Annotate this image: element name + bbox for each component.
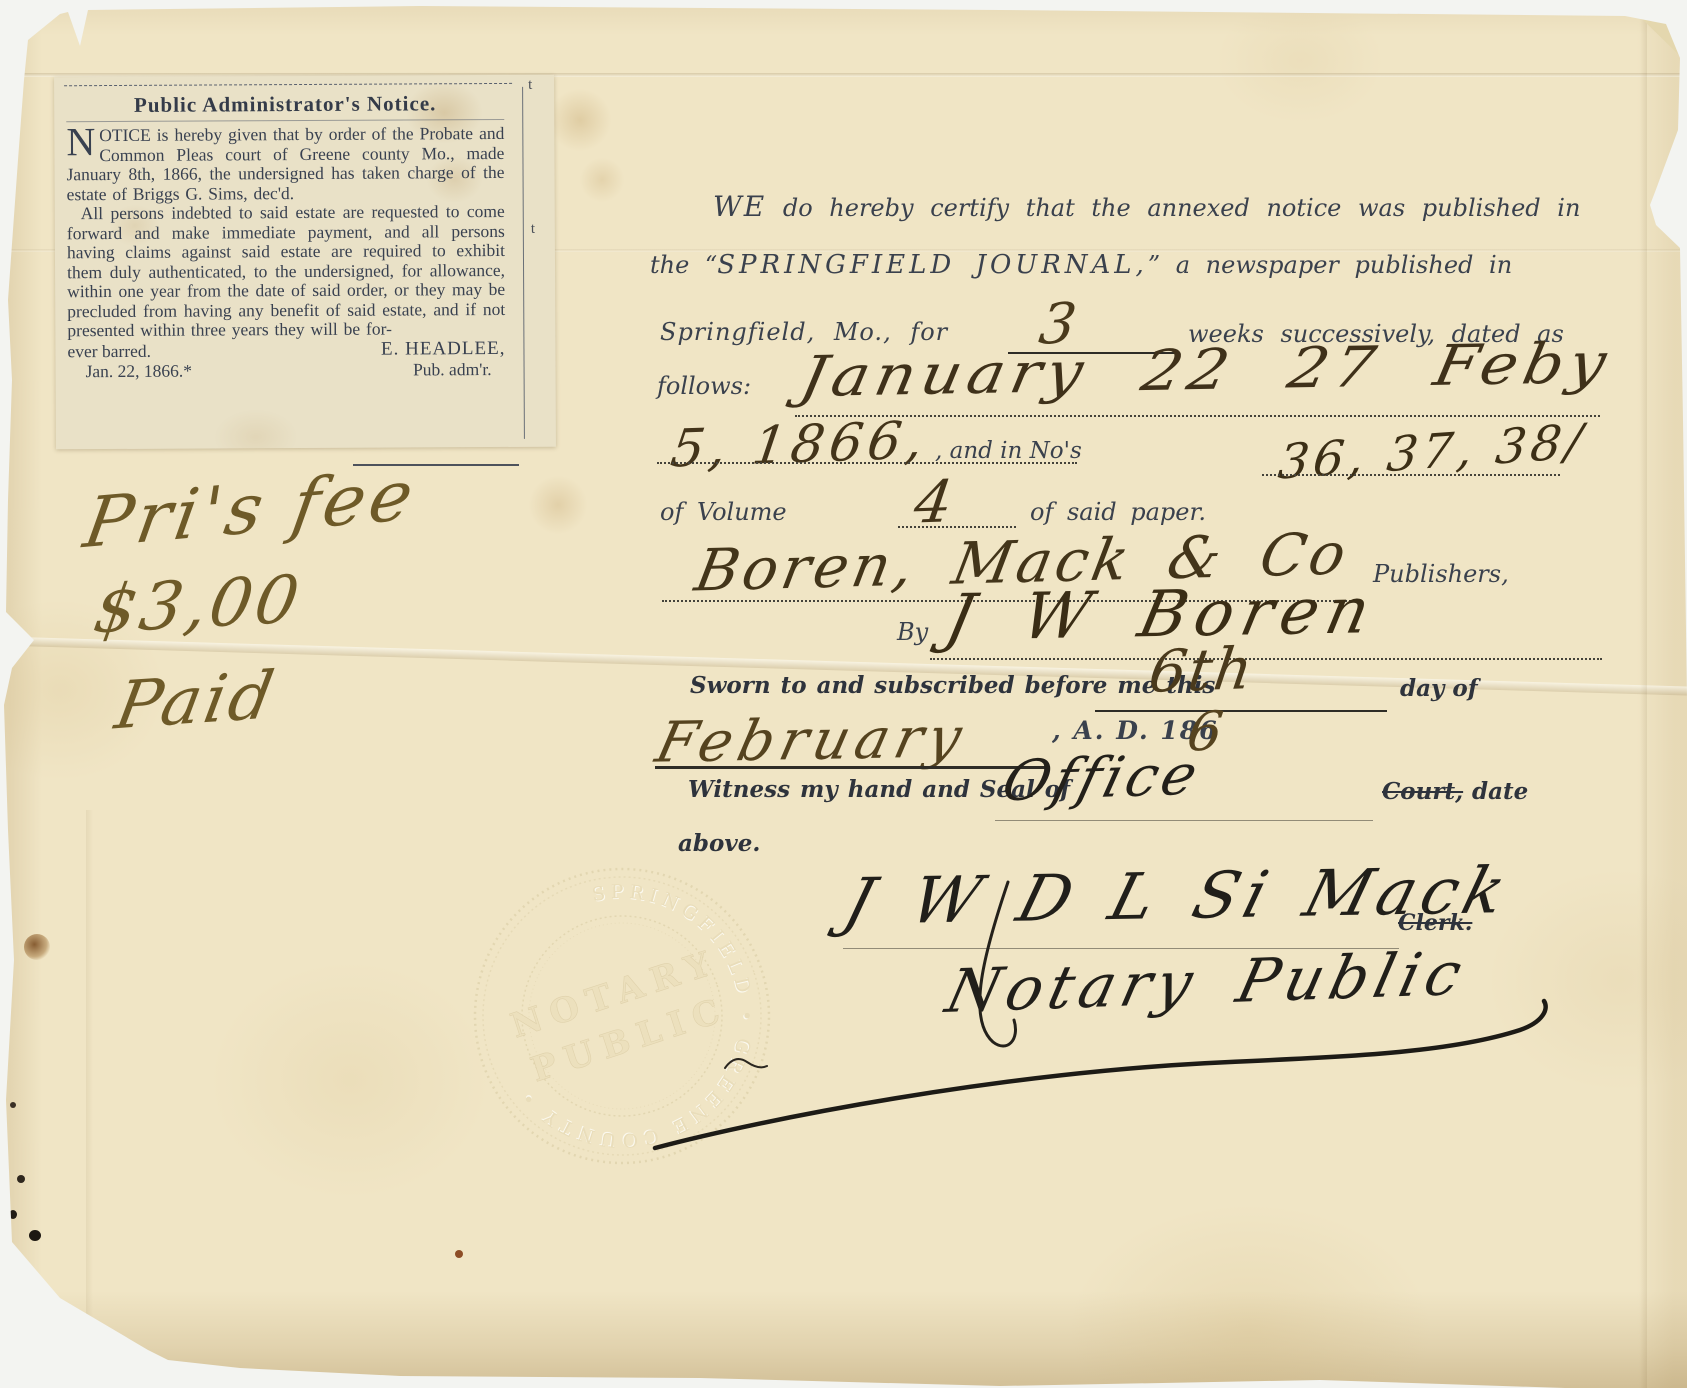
jurat-day-of-label: day of xyxy=(1400,675,1478,702)
clipping-headline: Public Administrator's Notice. xyxy=(66,91,504,118)
clipping-edge-fragment-2: t xyxy=(531,221,535,238)
jurat-above-label: above. xyxy=(678,830,760,857)
clipping-signoff-left: ever barred. xyxy=(67,340,151,360)
margin-note-fee-label: Pri's fee xyxy=(78,454,422,564)
certificate-volume-pre: of Volume xyxy=(660,498,787,526)
jurat-seal-of-blank-line xyxy=(995,762,1373,821)
clipping-date-row: Jan. 22, 1866.* Pub. adm'r. xyxy=(68,358,506,380)
clipping-paragraph-1: NOTICE is hereby given that by order of … xyxy=(66,124,504,204)
certificate-we: WE xyxy=(713,190,766,223)
clipping-paragraph-2: All persons indebted to said estate are … xyxy=(67,202,506,341)
jurat-month-blank-line xyxy=(655,706,1048,769)
certificate-issue-numbers-label: , and in No's xyxy=(935,438,1082,464)
clipping-dropcap: N xyxy=(66,126,99,158)
newspaper-clipping: Public Administrator's Notice. NOTICE is… xyxy=(54,75,556,450)
by-label: By xyxy=(897,618,928,646)
publishers-label: Publishers, xyxy=(1373,560,1509,588)
clipping-administrator-title: Pub. adm'r. xyxy=(413,358,506,378)
jurat-court-struck-label: Court, xyxy=(1382,778,1463,805)
clipping-text-column: Public Administrator's Notice. NOTICE is… xyxy=(66,79,506,381)
certificate-line-1-text: do hereby certify that the annexed notic… xyxy=(783,194,1581,222)
scanned-document: SPRINGFIELD • GREENE COUNTY • NOTARY PUB… xyxy=(0,0,1687,1388)
ink-spot-1 xyxy=(10,1102,16,1108)
certificate-line-1: WE do hereby certify that the annexed no… xyxy=(713,190,1580,223)
clipping-date: Jan. 22, 1866.* xyxy=(68,360,193,381)
clipping-paragraph-1-text: OTICE is hereby given that by order of t… xyxy=(66,123,504,204)
paper-sheet: SPRINGFIELD • GREENE COUNTY • NOTARY PUB… xyxy=(0,0,1687,1388)
ink-spot-3 xyxy=(9,1210,17,1219)
fold-crease-left-vertical xyxy=(86,810,93,1380)
jurat-date-label: date xyxy=(1472,778,1528,805)
certificate-line-2-post: ” a newspaper published in xyxy=(1148,251,1512,279)
embossed-notary-seal: SPRINGFIELD • GREENE COUNTY • NOTARY PUB… xyxy=(462,856,782,1176)
certificate-line-2-pre: the “ xyxy=(650,251,717,279)
issue-numbers-blank-line xyxy=(1262,420,1560,476)
margin-note-paid: Paid xyxy=(110,657,282,745)
fold-crease-right-vertical xyxy=(1640,0,1647,1388)
ink-blot-stain xyxy=(24,934,50,960)
notary-title-handwritten: Notary Public xyxy=(940,939,1474,1027)
clipping-signoff-row: ever barred. E. HEADLEE, xyxy=(67,338,505,360)
clipping-column-rule xyxy=(522,87,525,439)
volume-blank-line xyxy=(898,470,1016,528)
notary-signature-line xyxy=(843,888,1399,949)
certificate-line-2: the “SPRINGFIELD JOURNAL,” a newspaper p… xyxy=(650,250,1512,280)
newspaper-name: SPRINGFIELD JOURNAL, xyxy=(717,250,1148,280)
certificate-volume-post: of said paper. xyxy=(1030,498,1206,526)
clipping-edge-fragment-1: t xyxy=(528,77,532,94)
dog-ear-fold xyxy=(1640,12,1686,62)
ink-spot-4 xyxy=(29,1230,41,1241)
ink-spot-2 xyxy=(17,1175,25,1183)
clipping-administrator-name: E. HEADLEE, xyxy=(381,338,506,359)
clipping-headline-rule xyxy=(66,119,504,122)
margin-note-fee-amount: $3,00 xyxy=(89,561,307,649)
certificate-line-3-pre: Springfield, Mo., for xyxy=(660,318,948,346)
certificate-follows-label: follows: xyxy=(657,372,751,400)
rust-spot xyxy=(455,1250,463,1258)
clerk-struck-label: Clerk. xyxy=(1398,910,1472,936)
jurat-day-blank-line xyxy=(1095,648,1387,712)
underline-flourish-stroke xyxy=(655,1001,1546,1148)
